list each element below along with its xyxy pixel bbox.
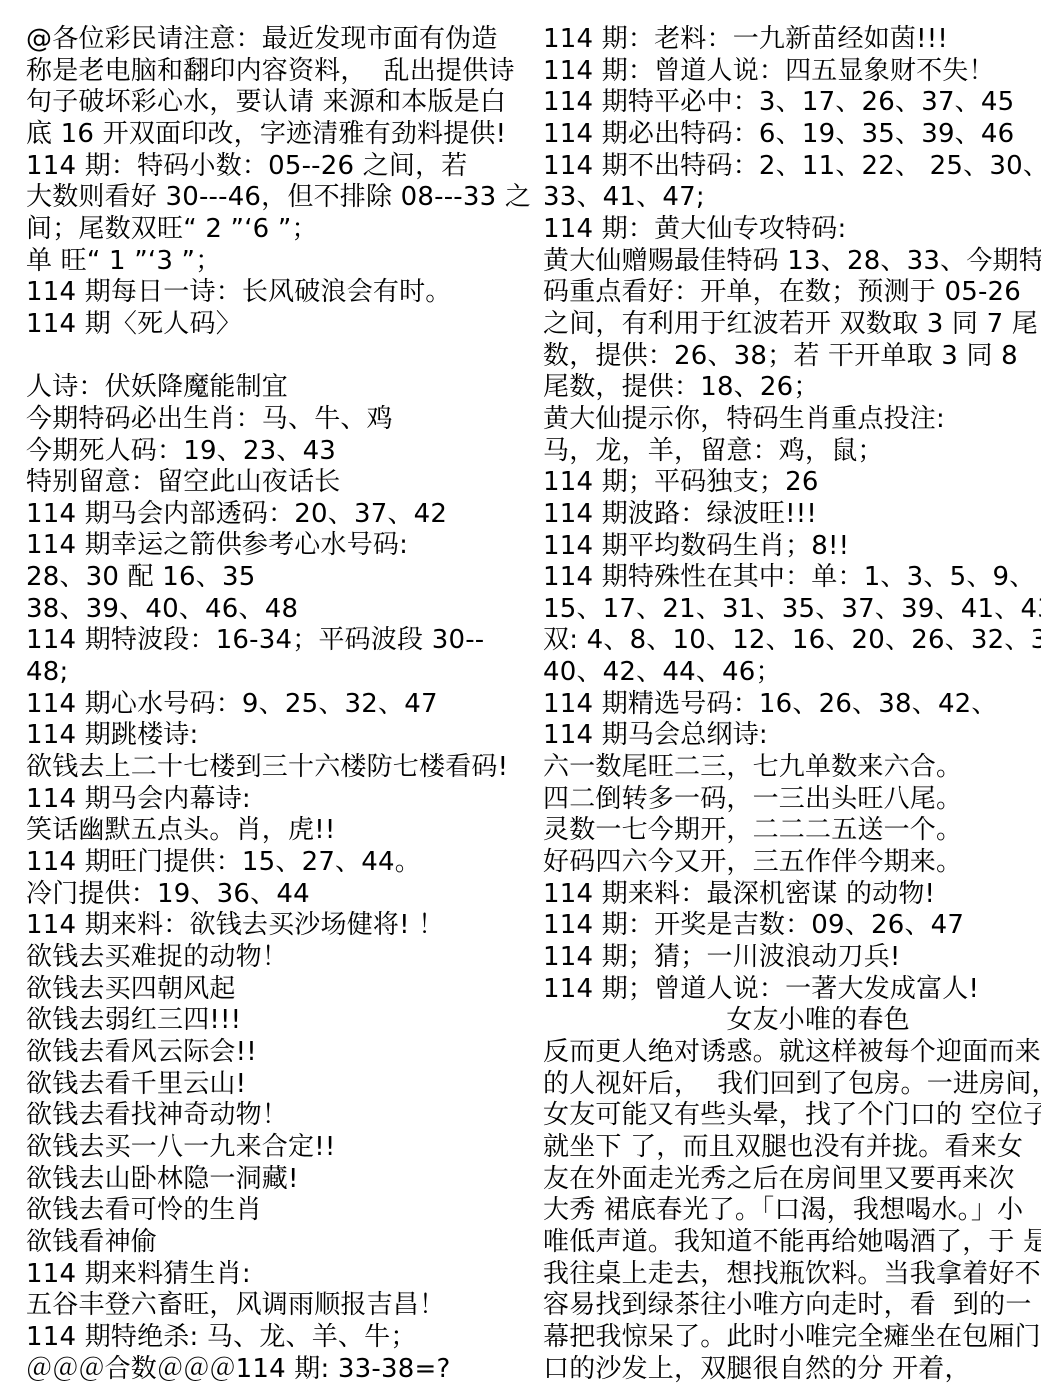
text-line: 114 期：黄大仙专攻特码: xyxy=(543,214,1033,246)
text-line: 114 期每日一诗：长风破浪会有时。 xyxy=(26,277,543,309)
text-line: 黄大仙赠赐最佳特码 13、28、33、今期特 xyxy=(543,246,1033,278)
text-line: 的人视奸后， 我们回到了包房。一进房间， xyxy=(543,1069,1033,1101)
text-line: 笑话幽默五点头。肖，虎!! xyxy=(26,815,543,847)
text-line: 灵数一七今期开，二二二五送一个。 xyxy=(543,815,1033,847)
text-line: 反而更人绝对诱惑。就这样被每个迎面而来 xyxy=(543,1037,1033,1069)
text-line: 四二倒转多一码，一三出头旺八尾。 xyxy=(543,784,1033,816)
text-line: 欲钱去看千里云山! xyxy=(26,1069,543,1101)
text-line: 114 期旺门提供：15、27、44。 xyxy=(26,847,543,879)
text-line: 114 期：开奖是吉数：09、26、47 xyxy=(543,910,1033,942)
text-line: 我往桌上走去，想找瓶饮料。当我拿着好不 xyxy=(543,1259,1033,1291)
text-line: 114 期特波段：16-34；平码波段 30-- xyxy=(26,625,543,657)
text-line: 大秀 裙底春光了。「口渴，我想喝水。」小 xyxy=(543,1195,1033,1227)
text-line: 欲钱看神偷 xyxy=(26,1227,543,1259)
text-line: 15、17、21、31、35、37、39、41、43； xyxy=(543,594,1033,626)
text-line: 114 期跳楼诗: xyxy=(26,720,543,752)
text-line: 114 期特绝杀: 马、龙、羊、牛； xyxy=(26,1322,543,1354)
text-line: 114 期〈死人码〉 xyxy=(26,309,543,341)
text-line: ＠＠＠合数＠＠＠114 期: 33-38=? xyxy=(26,1354,543,1386)
text-line: 女友小唯的春色 xyxy=(543,1005,1033,1037)
text-line: 114 期来料：欲钱去买沙场健将! ！ xyxy=(26,910,543,942)
text-line: 五谷丰登六畜旺，风调雨顺报吉昌！ xyxy=(26,1290,543,1322)
text-line: 28、30 配 16、35 xyxy=(26,562,543,594)
text-line: 底 16 开双面印改，字迹清雅有劲料提供! xyxy=(26,119,543,151)
text-line: @各位彩民请注意：最近发现市面有伪造 xyxy=(26,24,543,56)
text-line: 33、41、47; xyxy=(543,182,1033,214)
text-line: 114 期精选号码：16、26、38、42、 xyxy=(543,689,1033,721)
text-line: 114 期；猜；一川波浪动刀兵! xyxy=(543,942,1033,974)
text-line: 114 期来料猜生肖: xyxy=(26,1259,543,1291)
text-line: 欲钱去看可怜的生肖 xyxy=(26,1195,543,1227)
text-line xyxy=(26,341,543,373)
text-line: 尾数，提供：18、26； xyxy=(543,372,1033,404)
text-line: 欲钱去买难捉的动物！ xyxy=(26,942,543,974)
text-line: 114 期；平码独支；26 xyxy=(543,467,1033,499)
text-line: 友在外面走光秀之后在房间里又要再来次 xyxy=(543,1164,1033,1196)
text-line: 114 期特平必中：3、17、26、37、45 xyxy=(543,87,1033,119)
text-line: 114 期波路：绿波旺!!! xyxy=(543,499,1033,531)
text-line: 今期特码必出生肖：马、牛、鸡 xyxy=(26,404,543,436)
text-line: 114 期来料：最深机密谋 的动物! xyxy=(543,879,1033,911)
text-line: 欲钱去弱红三四!!! xyxy=(26,1005,543,1037)
text-line: 欲钱去买四朝风起 xyxy=(26,974,543,1006)
text-line: 今期死人码：19、23、43 xyxy=(26,436,543,468)
text-line: 间；尾数双旺“ 2 ”‘6 ”； xyxy=(26,214,543,246)
text-line: 就坐下 了，而且双腿也没有并拢。看来女 xyxy=(543,1132,1033,1164)
text-line: 马，龙，羊，留意：鸡，鼠； xyxy=(543,436,1033,468)
left-text-column: @各位彩民请注意：最近发现市面有伪造称是老电脑和翻印内容资料， 乱出提供诗句子破… xyxy=(26,24,543,1388)
text-line: 黄大仙提示你，特码生肖重点投注: xyxy=(543,404,1033,436)
text-line: 114 期马会内幕诗: xyxy=(26,784,543,816)
text-line: 114 期幸运之箭供参考心水号码: xyxy=(26,530,543,562)
text-line: 40、42、44、46； xyxy=(543,657,1033,689)
text-line: 48; xyxy=(26,657,543,689)
right-text-column: 114 期：老料：一九新苗经如茵!!!114 期：曾道人说：四五显象财不失！11… xyxy=(543,24,1033,1388)
text-line: 之间，有利用于红波若开 双数取 3 同 7 尾 xyxy=(543,309,1033,341)
text-line: 114 期：曾道人说：四五显象财不失！ xyxy=(543,56,1033,88)
text-line: 好码四六今又开，三五作伴今期来。 xyxy=(543,847,1033,879)
text-line: 冷门提供：19、36、44 xyxy=(26,879,543,911)
text-line: 六一数尾旺二三，七九单数来六合。 xyxy=(543,752,1033,784)
text-line: 特别留意：留空此山夜话长 xyxy=(26,467,543,499)
text-line: 欲钱去上二十七楼到三十六楼防七楼看码! xyxy=(26,752,543,784)
text-line: 单 旺“ 1 ”‘3 ”； xyxy=(26,246,543,278)
text-line: 114 期平均数码生肖；8!! xyxy=(543,531,1033,563)
text-line: 女友可能又有些头晕，找了个门口的 空位子 xyxy=(543,1100,1033,1132)
text-line: 唯低声道。我知道不能再给她喝酒了，于 是 xyxy=(543,1227,1033,1259)
text-line: 容易找到绿茶往小唯方向走时，看 到的一 xyxy=(543,1290,1033,1322)
text-line: 称是老电脑和翻印内容资料， 乱出提供诗 xyxy=(26,56,543,88)
text-line: 欲钱去看风云际会!! xyxy=(26,1037,543,1069)
text-line: 114 期马会总纲诗: xyxy=(543,720,1033,752)
text-line: 大数则看好 30---46，但不排除 08---33 之 xyxy=(26,182,543,214)
text-line: 数，提供：26、38；若 干开单取 3 同 8 xyxy=(543,341,1033,373)
text-line: 码重点看好：开单，在数；预测于 05-26 xyxy=(543,277,1033,309)
text-line: 欲钱去买一八一九来合定!! xyxy=(26,1132,543,1164)
text-line: 双: 4、8、10、12、16、20、26、32、36 xyxy=(543,625,1033,657)
text-line: 114 期；曾道人说：一著大发成富人! xyxy=(543,974,1033,1006)
text-line: 欲钱去看找神奇动物！ xyxy=(26,1100,543,1132)
text-line: 欲钱去山卧林隐一洞藏! xyxy=(26,1164,543,1196)
text-line: 114 期不出特码：2、11、22、 25、30、 xyxy=(543,151,1033,183)
text-line: 114 期特殊性在其中：单：1、3、5、9、 xyxy=(543,562,1033,594)
text-line: 114 期心水号码：9、25、32、47 xyxy=(26,689,543,721)
text-line: 幕把我惊呆了。此时小唯完全瘫坐在包厢门 xyxy=(543,1322,1033,1354)
text-line: 人诗：伏妖降魔能制宜 xyxy=(26,372,543,404)
text-line: 114 期必出特码：6、19、35、39、46 xyxy=(543,119,1033,151)
text-line: 114 期：特码小数：05--26 之间，若 xyxy=(26,151,543,183)
text-line: 句子破坏彩心水，要认请 来源和本版是白 xyxy=(26,87,543,119)
text-line: 114 期：老料：一九新苗经如茵!!! xyxy=(543,24,1033,56)
text-line: 38、39、40、46、48 xyxy=(26,594,543,626)
text-line: 口的沙发上，双腿很自然的分 开着， xyxy=(543,1354,1033,1386)
lottery-tips-sheet: @各位彩民请注意：最近发现市面有伪造称是老电脑和翻印内容资料， 乱出提供诗句子破… xyxy=(0,0,1041,1388)
text-line: 114 期马会内部透码：20、37、42 xyxy=(26,499,543,531)
